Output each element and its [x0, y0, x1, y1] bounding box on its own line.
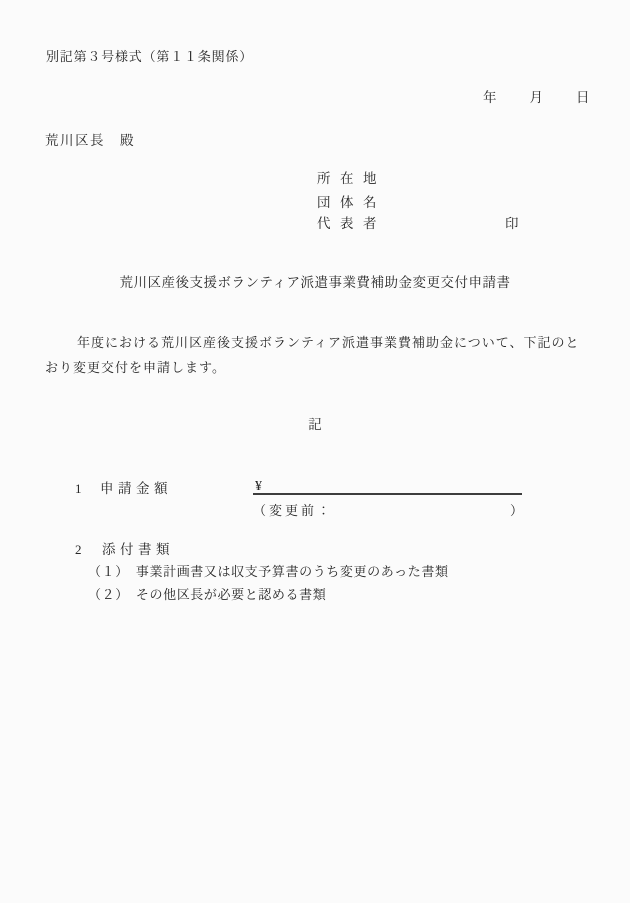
item-2-number: 2 [75, 543, 82, 556]
applicant-representative-label: 代表者 [317, 217, 386, 231]
month-label: 月 [530, 91, 544, 105]
amount-fill-in-underline [253, 493, 522, 495]
applicant-organization-label: 団体名 [317, 196, 386, 210]
document-title: 荒川区産後支援ボランティア派遣事業費補助金変更交付申請書 [0, 276, 630, 290]
issue-date-line: 年 月 日 [483, 91, 590, 105]
item-2-attachment-2: （２） その他区長が必要と認める書類 [88, 588, 326, 601]
item-1-label: 申請金額 [100, 482, 172, 496]
year-label: 年 [483, 91, 497, 105]
document-page: 別記第３号様式（第１１条関係） 年 月 日 荒川区長 殿 所在地 団体名 代表者… [0, 0, 630, 903]
list-heading: 記 [0, 418, 630, 432]
yen-symbol: ¥ [255, 480, 262, 494]
day-label: 日 [576, 91, 590, 105]
body-paragraph-line-1: 年度における荒川区産後支援ボランティア派遣事業費補助金について、下記のと [77, 336, 579, 349]
addressee-line: 荒川区長 殿 [45, 134, 135, 148]
applicant-address-label: 所在地 [317, 172, 386, 186]
item-2-label: 添付書類 [102, 543, 174, 557]
body-paragraph-line-2: おり変更交付を申請します。 [45, 361, 226, 374]
before-change-close-paren: ） [510, 504, 523, 517]
before-change-label: （変更前： [253, 504, 333, 517]
item-1-number: 1 [75, 482, 82, 495]
item-2-attachment-1: （１） 事業計画書又は収支予算書のうち変更のあった書類 [88, 565, 449, 578]
form-number-label: 別記第３号様式（第１１条関係） [46, 50, 253, 63]
seal-label: 印 [505, 217, 519, 231]
